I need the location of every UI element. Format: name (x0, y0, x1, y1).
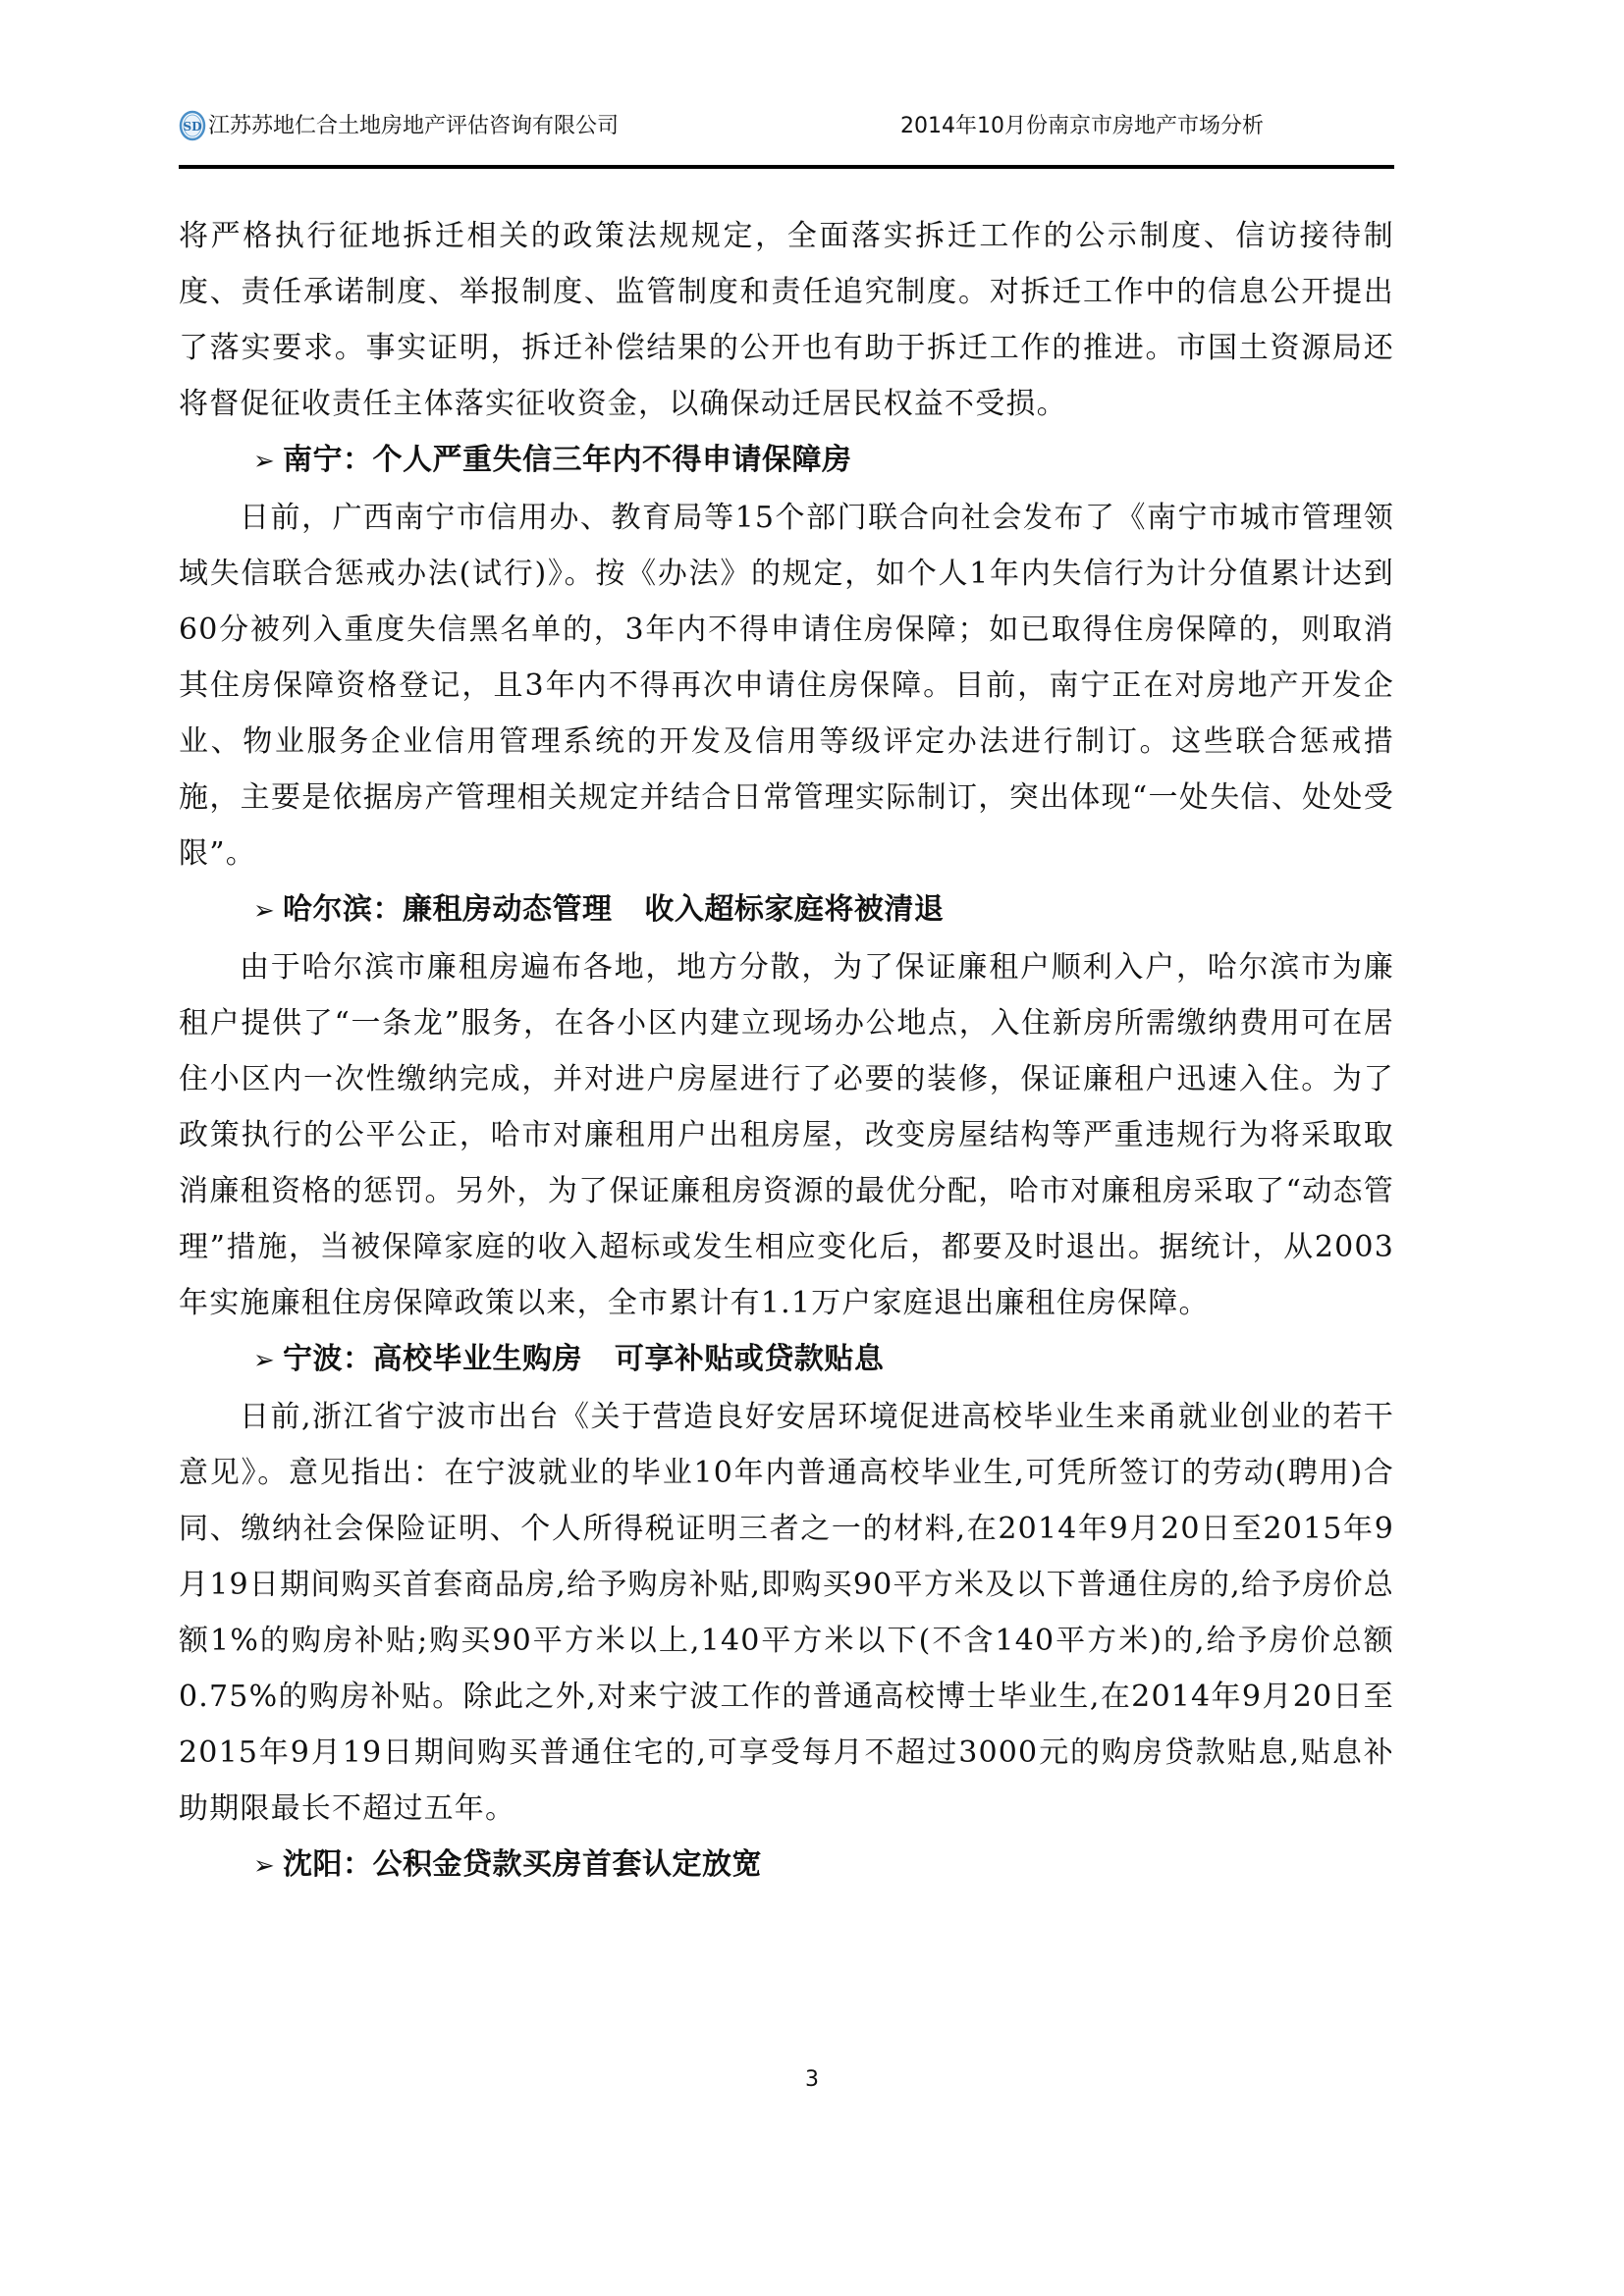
document-body: 将严格执行征地拆迁相关的政策法规规定，全面落实拆迁工作的公示制度、信访接待制度、… (179, 208, 1394, 1895)
paragraph-harbin: 由于哈尔滨市廉租房遍布各地，地方分散，为了保证廉租户顺利入户，哈尔滨市为廉租户提… (179, 939, 1394, 1331)
arrow-bullet-icon: ➢ (253, 1839, 283, 1895)
arrow-bullet-icon: ➢ (253, 883, 283, 939)
heading-text: 沈阳：公积金贷款买房首套认定放宽 (283, 1847, 762, 1882)
section-heading-harbin: ➢哈尔滨：廉租房动态管理 收入超标家庭将被清退 (179, 881, 1394, 939)
page-number: 3 (0, 2067, 1624, 2092)
section-heading-shenyang: ➢沈阳：公积金贷款买房首套认定放宽 (179, 1837, 1394, 1895)
arrow-bullet-icon: ➢ (253, 1333, 283, 1389)
page-header: SD 江苏苏地仁合土地房地产评估咨询有限公司 2014年10月份南京市房地产市场… (179, 108, 1394, 151)
heading-text: 南宁：个人严重失信三年内不得申请保障房 (283, 443, 852, 477)
header-rule (179, 165, 1394, 169)
heading-text: 哈尔滨：廉租房动态管理 收入超标家庭将被清退 (283, 892, 944, 927)
company-logo-icon: SD (179, 110, 206, 141)
svg-text:SD: SD (183, 120, 201, 133)
section-heading-nanning: ➢南宁：个人严重失信三年内不得申请保障房 (179, 432, 1394, 490)
paragraph-ningbo: 日前,浙江省宁波市出台《关于营造良好安居环境促进高校毕业生来甬就业创业的若干意见… (179, 1389, 1394, 1837)
company-name: 江苏苏地仁合土地房地产评估咨询有限公司 (208, 114, 619, 139)
report-title: 2014年10月份南京市房地产市场分析 (900, 114, 1264, 139)
section-heading-ningbo: ➢宁波：高校毕业生购房 可享补贴或贷款贴息 (179, 1331, 1394, 1389)
heading-text: 宁波：高校毕业生购房 可享补贴或贷款贴息 (283, 1342, 884, 1376)
arrow-bullet-icon: ➢ (253, 434, 283, 490)
paragraph-continued: 将严格执行征地拆迁相关的政策法规规定，全面落实拆迁工作的公示制度、信访接待制度、… (179, 208, 1394, 432)
paragraph-nanning: 日前，广西南宁市信用办、教育局等15个部门联合向社会发布了《南宁市城市管理领域失… (179, 490, 1394, 881)
